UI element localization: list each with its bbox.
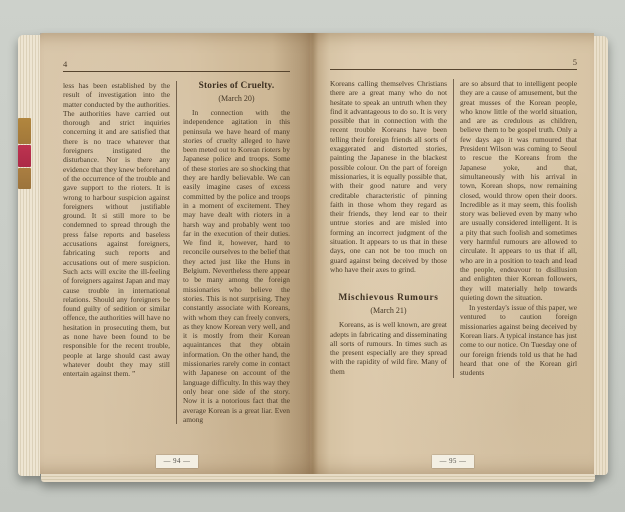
- page-number: 4: [63, 59, 67, 69]
- article-dateline: (March 20): [183, 94, 290, 104]
- bookmark-tab-red: [18, 145, 31, 167]
- left-page: 4 less has been established by the resul…: [40, 33, 310, 474]
- body-text: less has been established by the result …: [63, 81, 170, 379]
- header-rule: [63, 71, 290, 72]
- footer-page-number: — 94 —: [164, 458, 191, 465]
- article-heading: Stories of Cruelty.: [183, 81, 290, 92]
- photo-background: { "photo": { "background_color": "#c8ccc…: [0, 0, 625, 512]
- bookmark-tab-tan-bottom: [18, 168, 31, 189]
- page-number: 5: [573, 57, 577, 67]
- page-edge-stack-left: [18, 35, 40, 476]
- footer-page-number: — 95 —: [440, 458, 467, 465]
- footer-page-label: — 95 —: [432, 455, 474, 468]
- right-page: 5 Koreans calling themselves Christians …: [310, 33, 594, 474]
- body-text: In yesterday's issue of this paper, we v…: [460, 303, 577, 377]
- page-edge-stack-bottom: [41, 474, 595, 482]
- left-page-folio: 4: [63, 59, 290, 70]
- body-text: In connection with the independence agit…: [183, 108, 290, 424]
- right-page-column-2: are so absurd that to intelligent people…: [460, 79, 577, 378]
- column-divider: [176, 81, 177, 424]
- page-edge-stack-right: [594, 36, 608, 475]
- body-text: Koreans, as is well known, are great ade…: [330, 320, 447, 376]
- column-divider: [453, 79, 454, 378]
- body-text: are so absurd that to intelligent people…: [460, 79, 577, 302]
- left-page-column-1: less has been established by the result …: [63, 81, 170, 424]
- header-rule: [330, 69, 577, 70]
- right-page-column-1: Koreans calling themselves Christians th…: [330, 79, 447, 378]
- bookmark-tab-tan-top: [18, 118, 31, 144]
- left-page-column-2: Stories of Cruelty. (March 20) In connec…: [183, 81, 290, 424]
- article-dateline: (March 21): [330, 306, 447, 316]
- footer-page-label: — 94 —: [156, 455, 198, 468]
- article-heading: Mischievous Rumours: [330, 293, 447, 304]
- body-text: Koreans calling themselves Christians th…: [330, 79, 447, 274]
- open-book: 4 less has been established by the resul…: [18, 30, 608, 482]
- right-page-folio: 5: [330, 57, 577, 68]
